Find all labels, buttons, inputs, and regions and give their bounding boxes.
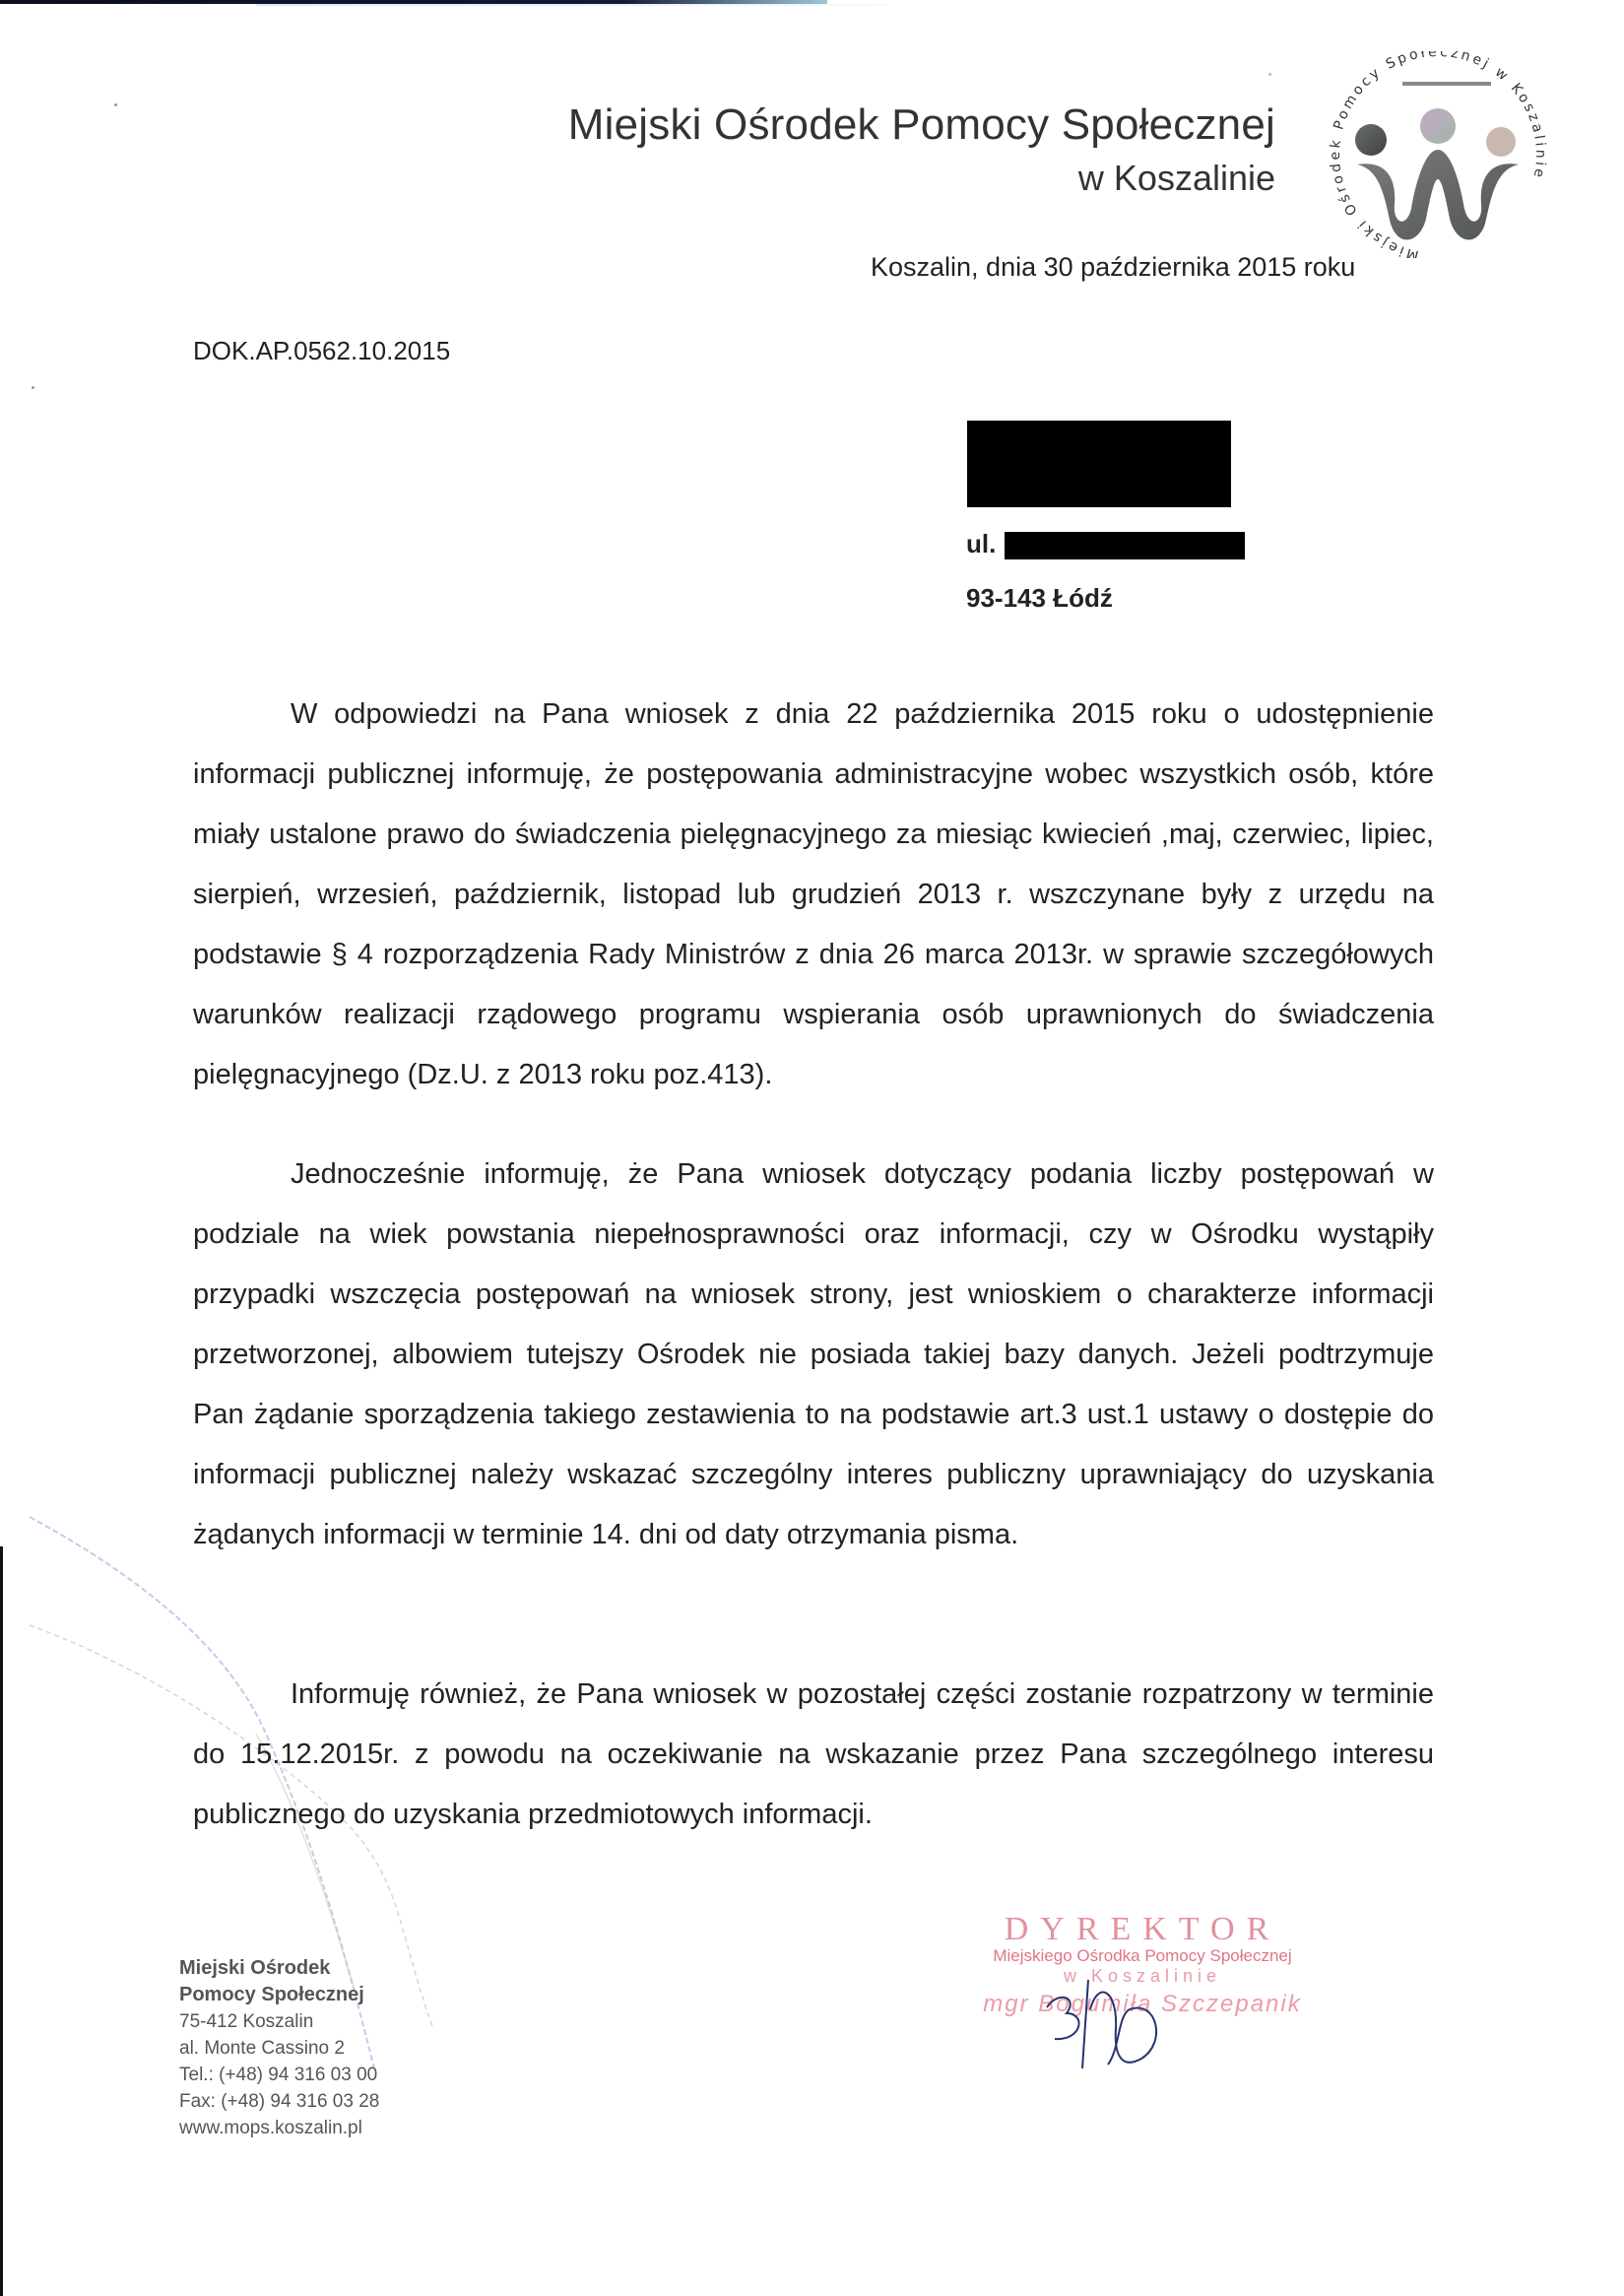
stamp-title: DYREKTOR [945,1911,1339,1948]
footer-name-line1: Miejski Ośrodek [179,1955,379,1982]
institution-footer: Miejski Ośrodek Pomocy Społecznej 75-412… [179,1955,379,2141]
footer-street: al. Monte Cassino 2 [179,2035,379,2062]
paragraph-text: Jednocześnie informuję, że Pana wniosek … [193,1145,1434,1565]
letter-paragraph-1: W odpowiedzi na Pana wniosek z dnia 22 p… [193,685,1434,1105]
stamp-line1: Miejskiego Ośrodka Pomocy Społecznej [945,1946,1339,1966]
handwritten-signature [1039,1970,1177,2078]
three-figures-logo-icon: Miejski Ośrodek Pomocy Społecznej w Kosz… [1318,51,1558,258]
footer-name-line2: Pomocy Społecznej [179,1982,379,2008]
document-reference: DOK.AP.0562.10.2015 [193,336,450,366]
letter-paragraph-2: Jednocześnie informuję, że Pana wniosek … [193,1145,1434,1565]
recipient-street-prefix: ul. [966,529,996,559]
scan-color-arcs [0,1477,492,2296]
institution-city: w Koszalinie [1078,158,1275,199]
recipient-postal-city: 93-143 Łódź [966,583,1113,614]
paragraph-text: Informuję również, że Pana wniosek w poz… [193,1665,1434,1845]
footer-website[interactable]: www.mops.koszalin.pl [179,2115,379,2141]
paragraph-text: W odpowiedzi na Pana wniosek z dnia 22 p… [193,685,1434,1105]
scan-speck [1268,73,1271,76]
footer-tel: Tel.: (+48) 94 316 03 00 [179,2062,379,2088]
institution-name: Miejski Ośrodek Pomocy Społecznej [568,100,1275,150]
scan-edge-artifact [256,4,886,6]
redacted-recipient-name [967,421,1231,507]
scan-speck [32,386,34,389]
footer-fax: Fax: (+48) 94 316 03 28 [179,2088,379,2115]
place-and-date: Koszalin, dnia 30 października 2015 roku [871,252,1355,283]
letter-paragraph-3: Informuję również, że Pana wniosek w poz… [193,1665,1434,1845]
footer-postal: 75-412 Koszalin [179,2008,379,2035]
scan-speck [114,103,117,106]
redacted-recipient-street [1005,532,1245,559]
